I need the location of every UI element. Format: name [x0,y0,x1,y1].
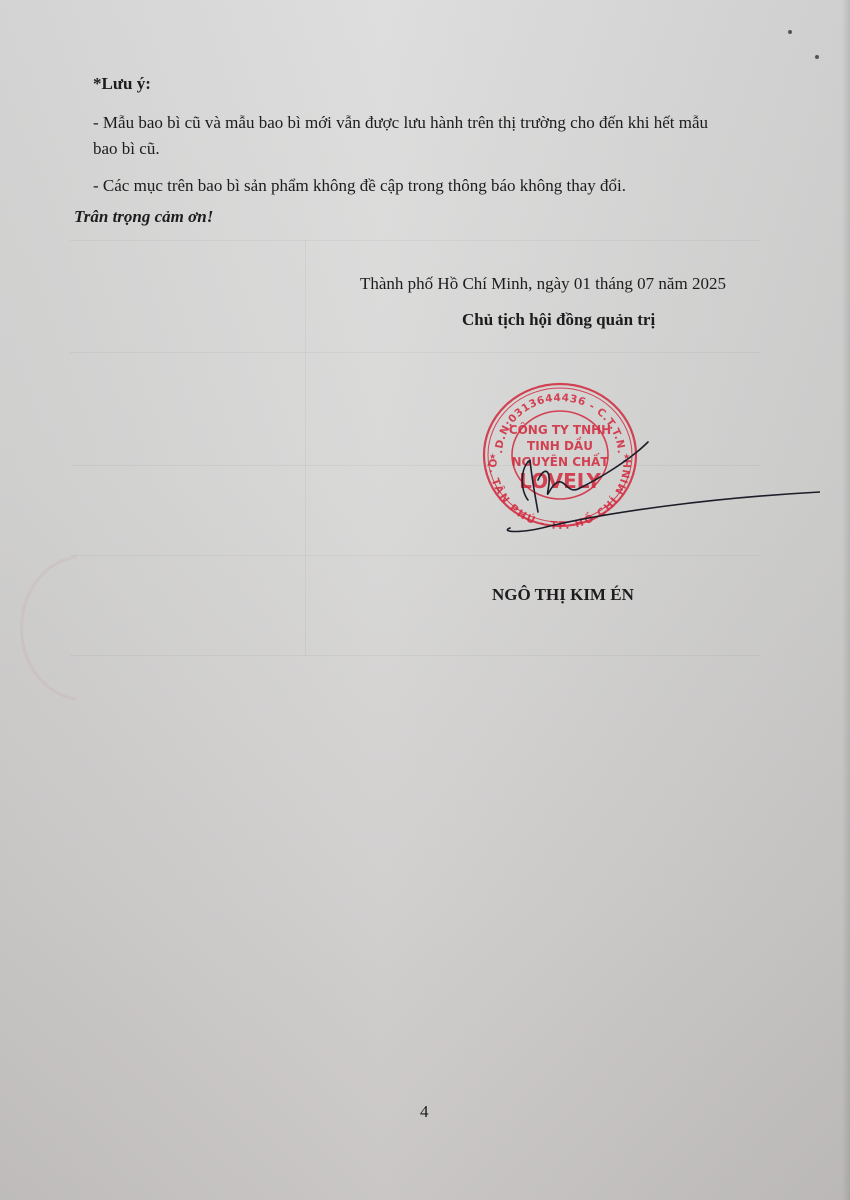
note-item: - Các mục trên bao bì sản phẩm không đề … [93,175,626,197]
place-date: Thành phố Hồ Chí Minh, ngày 01 tháng 07 … [360,273,726,295]
bleed-through-line [70,352,760,353]
note-item-continuation: bao bì cũ. [93,138,160,160]
bleed-through-line [70,655,760,656]
bleed-through-line [70,240,760,241]
note-item: - Mẫu bao bì cũ và mẫu bao bì mới vẫn đư… [93,112,708,134]
page-number: 4 [420,1101,429,1123]
signatory-title: Chủ tịch hội đồng quản trị [462,309,655,331]
paper-edge [842,0,850,1200]
bleed-through-line [305,240,306,655]
stamp-line-1: CÔNG TY TNHH [509,422,611,437]
signatory-name: NGÔ THỊ KIM ÉN [492,584,634,606]
handwritten-signature [490,440,820,540]
note-title: *Lưu ý: [93,73,151,95]
bleed-through-line [70,555,760,556]
closing-line: Trân trọng cảm ơn! [74,206,213,228]
bleed-through-stamp [20,555,146,701]
